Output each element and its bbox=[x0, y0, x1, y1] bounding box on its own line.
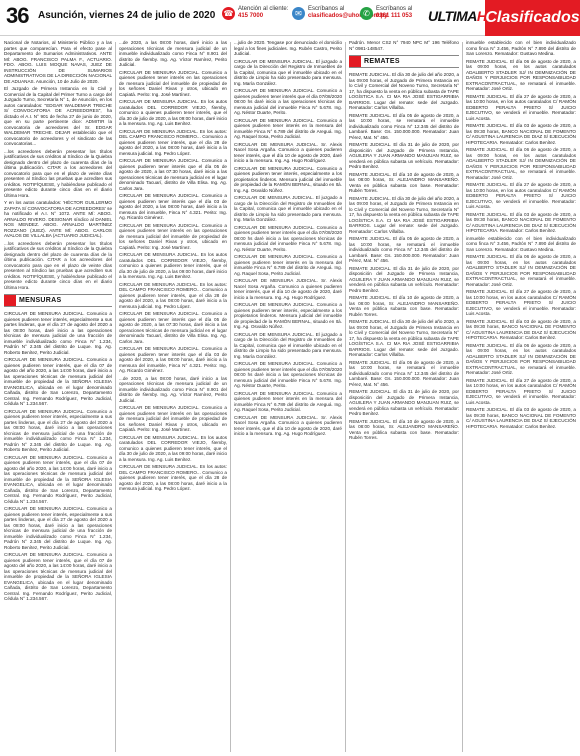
classified-ad: El Juzgado de Primera Instancia en lo Ci… bbox=[4, 86, 112, 147]
classified-ad: CIRCULAR DE MENSURA JUDICIAL. Comunico a… bbox=[4, 311, 112, 355]
classified-ad: CIRCULAR DE MENSURA JUDICIAL. Comunico a… bbox=[119, 158, 227, 191]
classified-ad: CIRCULAR DE MENSURA JUDICIAL. Comunico a… bbox=[234, 166, 342, 194]
banner-mark-icon bbox=[4, 295, 16, 306]
classified-ad: CIRCULAR DE MENSURA JUDICIAL. Sr. Alexis… bbox=[234, 415, 342, 437]
classified-ad: REMATE JUDICIAL. El día 05 de agosto de … bbox=[349, 360, 459, 388]
column-1: Nacional de Notarios, al Ministerio Públ… bbox=[4, 40, 112, 756]
classified-ad: CIRCULAR DE MENSURA JUDICIAL. Comunico a… bbox=[119, 223, 227, 251]
contact-whatsapp: ✆ Escríbanos al0981 111 053 bbox=[360, 6, 412, 20]
classified-ad: CIRCULAR DE MENSURA JUDICIAL. En los aut… bbox=[119, 464, 227, 492]
classified-ad: REMATE JUDICIAL. El día 06 de agosto de … bbox=[466, 343, 576, 376]
classified-ad: CIRCULAR DE MENSURA JUDICIAL. Comunico a… bbox=[119, 193, 227, 221]
classified-ad: REMATE JUDICIAL. El día 31 de julio de 2… bbox=[349, 142, 459, 170]
classified-ad: REMATE JUDICIAL. El día 03 de agosto de … bbox=[466, 212, 576, 234]
classified-ad: Y en los autos caratulados: 'HÉCTOR GUIL… bbox=[4, 200, 112, 239]
classifieds-columns: Nacional de Notarios, al Ministerio Públ… bbox=[0, 40, 580, 756]
classified-ad: REMATE JUDICIAL. El día 30 de julio del … bbox=[349, 72, 459, 111]
classified-ad: ...de 2020, a las 08:00 horas, daré inic… bbox=[119, 376, 227, 404]
classified-ad: REMATE JUDICIAL. El día 30 de julio del … bbox=[349, 319, 459, 358]
classified-ad: CIRCULAR DE MENSURA JUDICIAL. Comunico a… bbox=[119, 311, 227, 344]
classified-ad: Padrón. Menor CS2 N° 7940 NPC M° 196 Tel… bbox=[349, 40, 459, 51]
classified-ad: CIRCULAR DE MENSURA JUDICIAL. Comunico a… bbox=[119, 405, 227, 433]
classified-ad: REMATE JUDICIAL. El día 27 de agosto de … bbox=[466, 289, 576, 317]
classified-ad: REMATE JUDICIAL. El día 27 de agosto de … bbox=[466, 94, 576, 122]
classified-ad: CIRCULAR DE MENSURA JUDICIAL. Comunico a… bbox=[119, 346, 227, 374]
classified-ad: CIRCULAR DE MENSURA JUDICIAL. Comunico a… bbox=[234, 118, 342, 140]
column-4: Padrón. Menor CS2 N° 7940 NPC M° 196 Tel… bbox=[349, 40, 459, 756]
classified-ad: REMATE JUDICIAL. El día 10 de agosto de … bbox=[349, 172, 459, 194]
classified-ad: CIRCULAR DE MENSURA JUDICIAL. Sr. Alexis… bbox=[234, 142, 342, 164]
classified-ad: CIRCULAR DE MENSURA JUDICIAL. Comunico a… bbox=[234, 391, 342, 413]
classified-ad: REMATE JUDICIAL. El día 30 de julio del … bbox=[349, 196, 459, 235]
classified-ad: CIRCULAR DE MENSURA JUDICIAL. En los aut… bbox=[119, 129, 227, 157]
phone-icon: ☎ bbox=[222, 7, 235, 20]
classified-ad: CIRCULAR DE MENSURA JUDICIAL. Comunico a… bbox=[4, 357, 112, 407]
contact-phone: ☎ Atención al cliente:415 7000 bbox=[222, 6, 288, 20]
mensuras-banner: MENSURAS bbox=[4, 294, 112, 307]
classified-ad: REMATE JUDICIAL. El día 06 de agosto de … bbox=[466, 59, 576, 92]
classified-ad: CIRCULAR DE MENSURA JUDICIAL. El juzgado… bbox=[234, 59, 342, 87]
remates-banner: REMATES bbox=[349, 55, 459, 68]
classified-ad: CIRCULAR DE MENSURA JUDICIAL. En los aut… bbox=[119, 252, 227, 280]
classified-ad: REMATE JUDICIAL. El día 03 de agosto de … bbox=[466, 319, 576, 341]
classified-ad: CIRCULAR DE MENSURA JUDICIAL. Comunico a… bbox=[234, 302, 342, 330]
classified-ad: ...julio de 2020. Tengase por denunciado… bbox=[234, 40, 342, 57]
whatsapp-icon: ✆ bbox=[360, 7, 373, 20]
classified-ad: CIRCULAR DE MENSURA JUDICIAL. Comunico a… bbox=[234, 361, 342, 389]
banner-mark-icon bbox=[349, 56, 361, 67]
classified-ad: REMATE JUDICIAL. El día 10 de agosto de … bbox=[349, 295, 459, 317]
classified-ad: REMATE JUDICIAL. El día 05 de agosto de … bbox=[349, 236, 459, 264]
classified-ad: REMATE JUDICIAL. El día 27 de agosto de … bbox=[466, 378, 576, 406]
column-2: ...de 2020, a las 08:00 horas, daré inic… bbox=[119, 40, 227, 756]
classified-ad: REMATE JUDICIAL. El día 31 de julio de 2… bbox=[349, 389, 459, 417]
publication-date: Asunción, viernes 24 de julio de 2020 bbox=[38, 10, 215, 21]
classified-ad: CIRCULAR DE MENSURA JUDICIAL. Comunico a… bbox=[234, 88, 342, 116]
classified-ad: REMATE JUDICIAL. El día 06 de agosto de … bbox=[466, 254, 576, 287]
classified-ad: CIRCULAR DE MENSURA JUDICIAL. El juzgado… bbox=[234, 332, 342, 360]
classified-ad: CIRCULAR DE MENSURA JUDICIAL. Comunico a… bbox=[4, 455, 112, 505]
page-header: 36 Asunción, viernes 24 de julio de 2020… bbox=[0, 0, 580, 36]
section-title: Clasificados bbox=[485, 0, 580, 36]
classified-ad: ...los acreedores deberán presentar los … bbox=[4, 241, 112, 291]
classified-ad: ...los acreedores deberán presentar los … bbox=[4, 149, 112, 199]
classified-ad: REMATE JUDICIAL. El día 05 de agosto de … bbox=[349, 113, 459, 141]
column-5: inmueble establecido con el bien individ… bbox=[466, 40, 576, 756]
classified-ad: CIRCULAR DE MENSURA JUDICIAL. En los aut… bbox=[119, 99, 227, 127]
classified-ad: CIRCULAR DE MENSURA JUDICIAL. En los aut… bbox=[119, 435, 227, 463]
page-number: 36 bbox=[6, 3, 28, 29]
classified-ad: CIRCULAR DE MENSURA JUDICIAL. Comunico a… bbox=[234, 225, 342, 253]
classified-ad: REMATE JUDICIAL. El día 31 de julio de 2… bbox=[349, 266, 459, 294]
classified-ad: ...de 2020, a las 08:00 horas, daré inic… bbox=[119, 40, 227, 68]
classified-ad: REMATE JUDICIAL. El día 03 de agosto de … bbox=[466, 123, 576, 145]
column-3: ...julio de 2020. Tengase por denunciado… bbox=[234, 40, 342, 756]
classified-ad: CIRCULAR DE MENSURA JUDICIAL. Comunico a… bbox=[4, 409, 112, 453]
classified-ad: inmueble establecido con el bien individ… bbox=[466, 236, 576, 253]
classified-ad: CIRCULAR DE MENSURA JUDICIAL. En los aut… bbox=[119, 282, 227, 310]
classified-ad: CIRCULAR DE MENSURA JUDICIAL. El juzgado… bbox=[234, 195, 342, 223]
classified-ad: CIRCULAR DE MENSURA JUDICIAL. Comunico a… bbox=[4, 506, 112, 550]
classified-ad: REMATE JUDICIAL. El día 10 de agosto de … bbox=[349, 419, 459, 441]
classified-ad: CIRCULAR DE MENSURA JUDICIAL. Sr. Alexis… bbox=[234, 278, 342, 300]
classified-ad: REMATE JUDICIAL. El día 06 de agosto de … bbox=[466, 147, 576, 180]
classified-ad: CIRCULAR DE MENSURA JUDICIAL. Comunico a… bbox=[119, 70, 227, 98]
email-icon: ✉ bbox=[292, 7, 305, 20]
classified-ad: Nacional de Notarios, al Ministerio Públ… bbox=[4, 40, 112, 84]
classified-ad: CIRCULAR DE MENSURA JUDICIAL. Comunico a… bbox=[234, 254, 342, 276]
classified-ad: REMATE JUDICIAL. El día 27 de agosto de … bbox=[466, 182, 576, 210]
classified-ad: REMATE JUDICIAL. El día 03 de agosto de … bbox=[466, 407, 576, 429]
classified-ad: CIRCULAR DE MENSURA JUDICIAL. Comunico a… bbox=[4, 552, 112, 602]
classified-ad: inmueble establecido con el bien individ… bbox=[466, 40, 576, 57]
